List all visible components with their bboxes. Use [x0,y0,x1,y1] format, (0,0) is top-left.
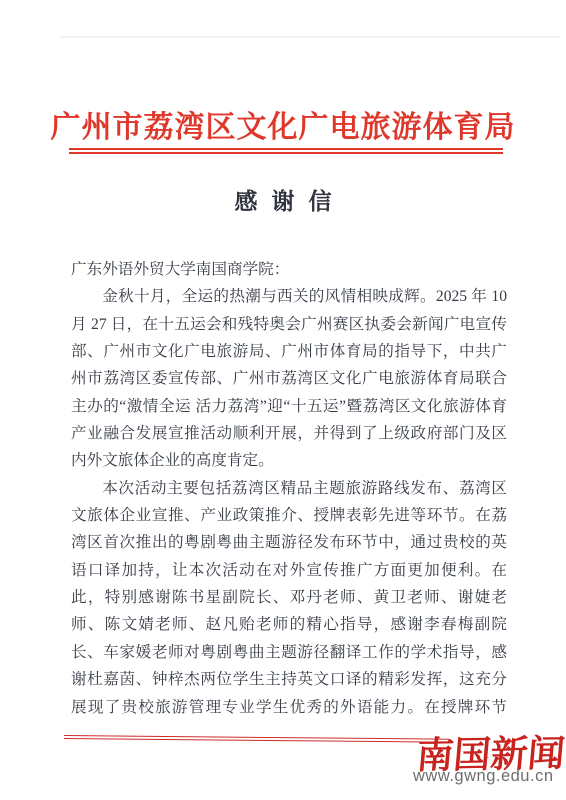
body-paragraph-1: 金秋十月，全运的热潮与西关的风情相映成辉。2025 年 10 月 27 日，在十… [71,283,507,474]
letter-body: 广东外语外贸大学南国商学院： 金秋十月，全运的热潮与西关的风情相映成辉。2025… [71,256,507,720]
letterhead-title: 广州市荔湾区文化广电旅游体育局 [30,102,536,146]
letter-title: 感谢信 [0,183,566,216]
footer-divider [64,735,449,742]
site-url: www.gwng.edu.cn [413,767,554,786]
salutation: 广东外语外贸大学南国商学院： [71,256,507,283]
letter-page: 广州市荔湾区文化广电旅游体育局 感谢信 广东外语外贸大学南国商学院： 金秋十月，… [0,0,566,800]
body-paragraph-2: 本次活动主要包括荔湾区精品主题旅游路线发布、荔湾区文旅体企业宣推、产业政策推介、… [71,475,507,720]
scan-artifact [60,36,560,38]
letterhead-divider [69,148,503,154]
